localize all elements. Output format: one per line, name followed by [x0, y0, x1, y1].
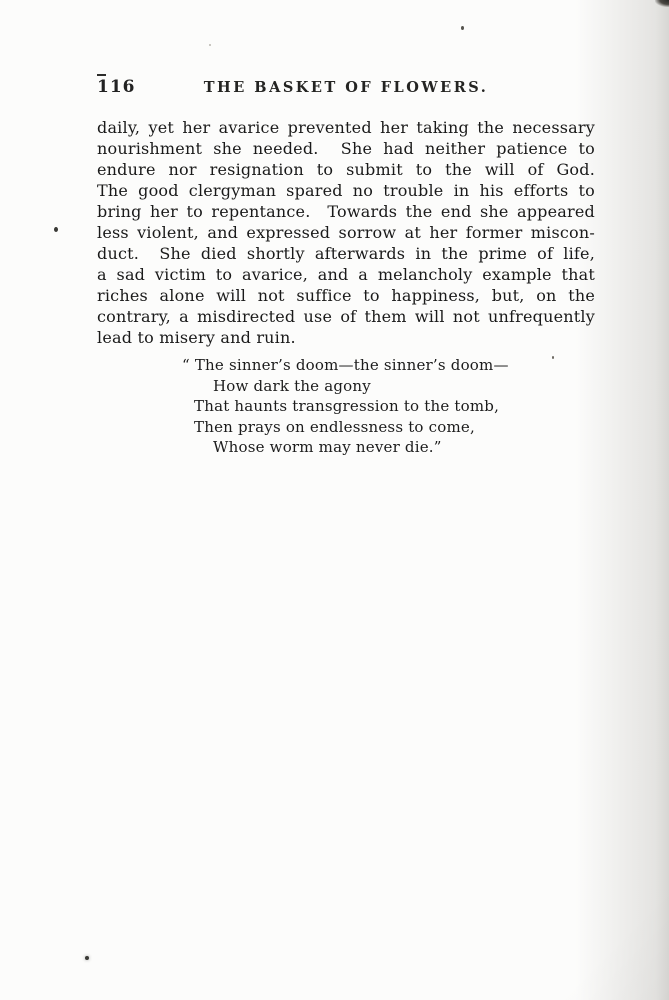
- poem-line: Whose worm may never die.”: [213, 437, 522, 458]
- paragraph-line: daily, yet her avarice prevented her tak…: [97, 117, 595, 138]
- poem-quotation: “ The sinner’s doom—the sinner’s doom— H…: [182, 355, 522, 458]
- poem-line: How dark the agony: [213, 376, 522, 397]
- body-paragraph: daily, yet her avarice prevented her tak…: [97, 117, 595, 348]
- paragraph-line: a sad victim to avarice, and a melanchol…: [97, 264, 595, 285]
- paragraph-line: endure nor resignation to submit to the …: [97, 159, 595, 180]
- paragraph-line: riches alone will not suffice to happine…: [97, 285, 595, 306]
- paper-speck: [54, 227, 58, 232]
- paragraph-line: contrary, a misdirected use of them will…: [97, 306, 595, 327]
- paragraph-line: bring her to repentance. Towards the end…: [97, 201, 595, 222]
- paragraph-line: The good clergyman spared no trouble in …: [97, 180, 595, 201]
- book-page-scan: 116 THE BASKET OF FLOWERS. daily, yet he…: [0, 0, 669, 1000]
- running-header-title: THE BASKET OF FLOWERS.: [97, 79, 595, 96]
- ink-artifact: [97, 74, 106, 76]
- paper-speck: [461, 26, 464, 30]
- running-header: 116 THE BASKET OF FLOWERS.: [97, 77, 595, 97]
- poem-line: “ The sinner’s doom—the sinner’s doom—: [182, 355, 522, 376]
- paragraph-line: nourishment she needed. She had neither …: [97, 138, 595, 159]
- page-corner-shadow: [655, 0, 669, 7]
- paper-speck: [85, 956, 89, 960]
- paragraph-line: lead to misery and ruin.: [97, 327, 595, 348]
- poem-line: That haunts transgression to the tomb,: [194, 396, 522, 417]
- paragraph-line: duct. She died shortly afterwards in the…: [97, 243, 595, 264]
- paper-speck: [552, 356, 554, 359]
- poem-line: Then prays on endlessness to come,: [194, 417, 522, 438]
- paragraph-line: less violent, and expressed sorrow at he…: [97, 222, 595, 243]
- paper-speck: [209, 44, 211, 46]
